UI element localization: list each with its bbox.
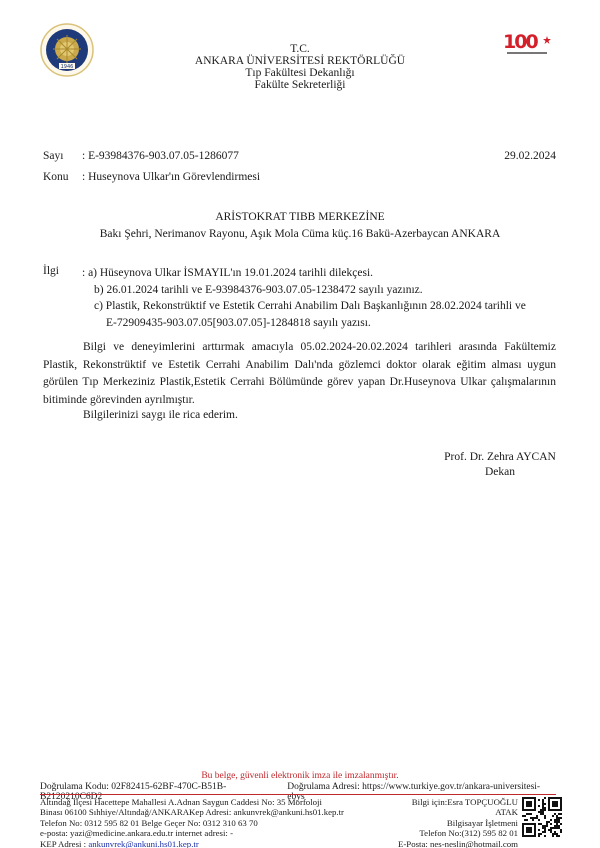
body-paragraph: Bilgi ve deneyimlerini arttırmak amacıyl… <box>43 339 556 409</box>
footer-address-line-1: Altındağ İlçesi Hacettepe Mahallesi A.Ad… <box>40 797 344 807</box>
recipient-name: ARİSTOKRAT TIBB MERKEZİNE <box>0 211 600 223</box>
info-contact-name: Bilgi için:Esra TOPÇUOĞLU <box>398 797 518 807</box>
footer-contact-left: Altındağ İlçesi Hacettepe Mahallesi A.Ad… <box>40 797 344 848</box>
ilgi-item-a: : a) Hüseynova Ulkar İSMAYIL'ın 19.01.20… <box>82 265 562 282</box>
recipient-address: Bakı Şehri, Nerimanov Rayonu, Aşık Mola … <box>0 228 600 240</box>
ilgi-item-c: c) Plastik, Rekonstrüktif ve Estetik Cer… <box>82 298 562 315</box>
konu-label: Konu <box>43 171 69 183</box>
ilgi-label: İlgi <box>43 265 59 277</box>
footer-address-line-2: Binası 06100 Sıhhiye/Altındağ/ANKARAKep … <box>40 807 344 817</box>
footer-contact-right: Bilgi için:Esra TOPÇUOĞLU ATAK Bilgisaya… <box>398 797 518 848</box>
signature-title: Dekan <box>420 466 580 478</box>
e-signature-notice: Bu belge, güvenli elektronik imza ile im… <box>0 771 600 781</box>
info-contact-email: E-Posta: nes-neslin@hotmail.com <box>398 839 518 848</box>
konu-value: : Huseynova Ulkar'ın Görevlendirmesi <box>82 171 260 183</box>
ilgi-item-b: b) 26.01.2024 tarihli ve E-93984376-903.… <box>82 282 562 299</box>
info-contact-phone: Telefon No:(312) 595 82 01 <box>398 828 518 838</box>
body-paragraph-text: Bilgi ve deneyimlerini arttırmak amacıyl… <box>43 339 556 409</box>
kep-label: KEP Adresi : <box>40 839 88 848</box>
footer-divider <box>40 794 556 795</box>
footer-kep-line: KEP Adresi : ankunvrek@ankuni.hs01.kep.t… <box>40 839 344 848</box>
info-contact-surname: ATAK <box>398 807 518 817</box>
header-secretariat: Fakülte Sekreterliği <box>0 79 600 92</box>
closing-line: Bilgilerinizi saygı ile rica ederim. <box>83 409 238 421</box>
qr-code-icon <box>522 797 562 837</box>
ilgi-item-c-cont: E-72909435-903.07.05[903.07.05]-1284818 … <box>82 315 562 332</box>
footer-phone-line: Telefon No: 0312 595 82 01 Belge Geçer N… <box>40 818 344 828</box>
info-contact-title: Bilgisayar İşletmeni <box>398 818 518 828</box>
signature-name: Prof. Dr. Zehra AYCAN <box>420 451 580 463</box>
sayi-label: Sayı <box>43 150 63 162</box>
footer-email-line: e-posta: yazi@medicine.ankara.edu.tr int… <box>40 828 344 838</box>
sayi-value: : E-93984376-903.07.05-1286077 <box>82 150 239 162</box>
document-date: 29.02.2024 <box>504 150 556 162</box>
kep-address-link[interactable]: ankunvrek@ankuni.hs01.kep.tr <box>88 839 198 848</box>
ilgi-list: : a) Hüseynova Ulkar İSMAYIL'ın 19.01.20… <box>82 265 562 331</box>
